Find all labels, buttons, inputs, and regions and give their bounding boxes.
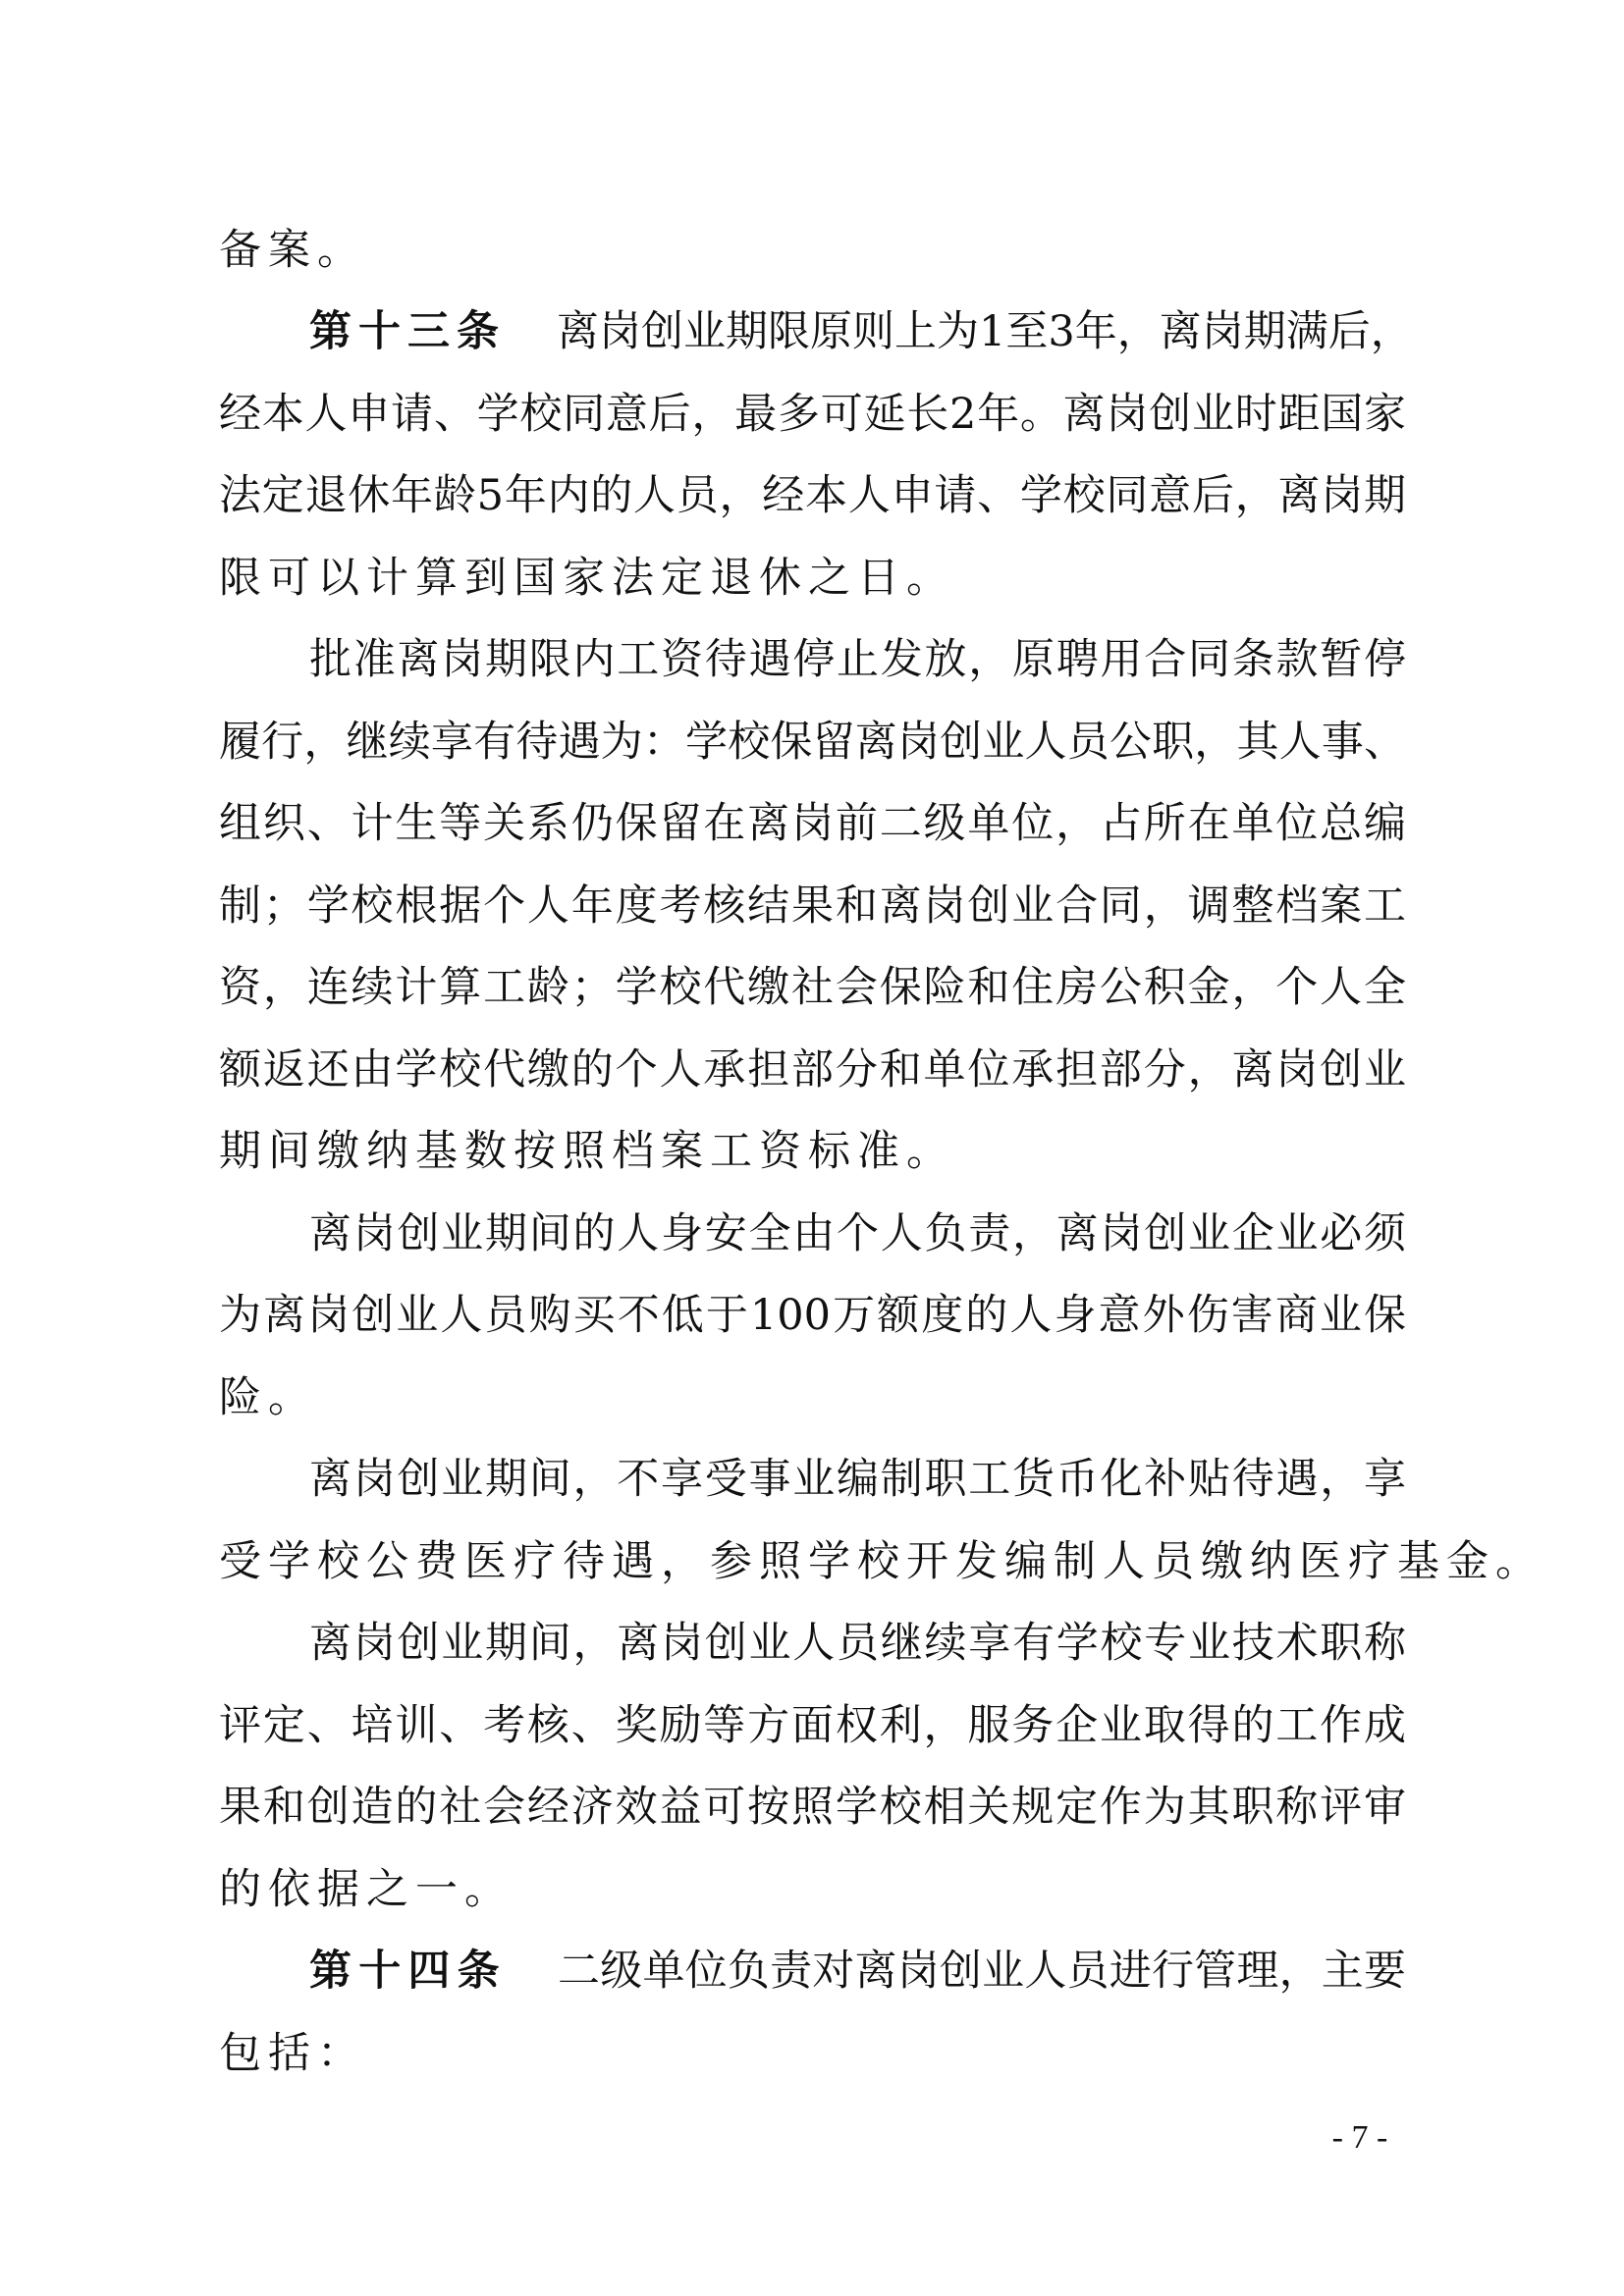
paragraph-line: 备案。: [219, 221, 1406, 280]
line-text: 限可以计算到国家法定退休之日。: [219, 554, 955, 603]
paragraph-line: 经本人申请、学校同意后，最多可延长2年。离岗创业时距国家: [219, 385, 1406, 444]
paragraph-line: 期间缴纳基数按照档案工资标准。: [219, 1122, 1406, 1181]
page-number: - 7 -: [1306, 2118, 1414, 2158]
paragraph-line: 履行，继续享有待遇为：学校保留离岗创业人员公职，其人事、: [219, 713, 1406, 772]
line-text: 为离岗创业人员购买不低于100万额度的人身意外伤害商业保: [219, 1291, 1406, 1340]
line-text: 组织、计生等关系仍保留在离岗前二级单位，占所在单位总编: [219, 799, 1406, 848]
line-text: 资，连续计算工龄；学校代缴社会保险和住房公积金，个人全: [219, 963, 1406, 1012]
line-text: 包括：: [219, 2029, 366, 2078]
line-text: 评定、培训、考核、奖励等方面权利，服务企业取得的工作成: [219, 1701, 1406, 1750]
line-text: 履行，继续享有待遇为：学校保留离岗创业人员公职，其人事、: [219, 718, 1406, 767]
paragraph-line: 组织、计生等关系仍保留在离岗前二级单位，占所在单位总编: [219, 794, 1406, 853]
line-text: 批准离岗期限内工资待遇停止发放，原聘用合同条款暂停: [309, 635, 1406, 684]
line-text: 的依据之一。: [219, 1865, 514, 1914]
line-text: 离岗创业期限原则上为1至3年，离岗期满后，: [557, 307, 1413, 356]
paragraph-line: 包括：: [219, 2024, 1406, 2083]
paragraph-line: 制；学校根据个人年度考核结果和离岗创业合同，调整档案工: [219, 877, 1406, 935]
paragraph-line: 评定、培训、考核、奖励等方面权利，服务企业取得的工作成: [219, 1696, 1406, 1755]
line-text: 受学校公费医疗待遇，参照学校开发编制人员缴纳医疗基金。: [219, 1537, 1544, 1586]
document-page: 备案。 第十三条离岗创业期限原则上为1至3年，离岗期满后， 经本人申请、学校同意…: [0, 0, 1624, 2296]
paragraph-line: 险。: [219, 1368, 1406, 1427]
article-heading: 第十四条: [309, 1947, 507, 1996]
line-text: 离岗创业期间，离岗创业人员继续享有学校专业技术职称: [309, 1619, 1406, 1668]
paragraph-line: 资，连续计算工龄；学校代缴社会保险和住房公积金，个人全: [219, 958, 1406, 1017]
line-text: 离岗创业期间，不享受事业编制职工货币化补贴待遇，享: [309, 1455, 1406, 1504]
paragraph-line: 额返还由学校代缴的个人承担部分和单位承担部分，离岗创业: [219, 1041, 1406, 1099]
paragraph-line: 离岗创业期间的人身安全由个人负责，离岗创业企业必须: [309, 1204, 1406, 1263]
line-text: 经本人申请、学校同意后，最多可延长2年。离岗创业时距国家: [219, 390, 1406, 439]
paragraph-line: 离岗创业期间，不享受事业编制职工货币化补贴待遇，享: [309, 1450, 1406, 1509]
paragraph-line: 批准离岗期限内工资待遇停止发放，原聘用合同条款暂停: [309, 630, 1406, 689]
paragraph-line: 为离岗创业人员购买不低于100万额度的人身意外伤害商业保: [219, 1286, 1406, 1345]
line-text: 险。: [219, 1373, 317, 1422]
line-text: 二级单位负责对离岗创业人员进行管理，主要: [558, 1947, 1406, 1996]
paragraph-line: 果和创造的社会经济效益可按照学校相关规定作为其职称评审: [219, 1778, 1406, 1837]
line-text: 期间缴纳基数按照档案工资标准。: [219, 1127, 955, 1176]
paragraph-line: 受学校公费医疗待遇，参照学校开发编制人员缴纳医疗基金。: [219, 1532, 1406, 1591]
line-text: 果和创造的社会经济效益可按照学校相关规定作为其职称评审: [219, 1783, 1406, 1832]
paragraph-line: 的依据之一。: [219, 1860, 1406, 1919]
article-heading: 第十三条: [309, 307, 506, 356]
paragraph-line: 离岗创业期间，离岗创业人员继续享有学校专业技术职称: [309, 1614, 1406, 1673]
article-14-line: 第十四条二级单位负责对离岗创业人员进行管理，主要: [309, 1942, 1406, 2001]
paragraph-line: 法定退休年龄5年内的人员，经本人申请、学校同意后，离岗期: [219, 466, 1406, 525]
line-text: 制；学校根据个人年度考核结果和离岗创业合同，调整档案工: [219, 881, 1406, 931]
article-13-line: 第十三条离岗创业期限原则上为1至3年，离岗期满后，: [309, 302, 1406, 361]
line-text: 额返还由学校代缴的个人承担部分和单位承担部分，离岗创业: [219, 1045, 1406, 1095]
line-text: 离岗创业期间的人身安全由个人负责，离岗创业企业必须: [309, 1209, 1406, 1258]
line-text: 备案。: [219, 226, 366, 275]
line-text: 法定退休年龄5年内的人员，经本人申请、学校同意后，离岗期: [219, 471, 1406, 520]
paragraph-line: 限可以计算到国家法定退休之日。: [219, 549, 1406, 608]
